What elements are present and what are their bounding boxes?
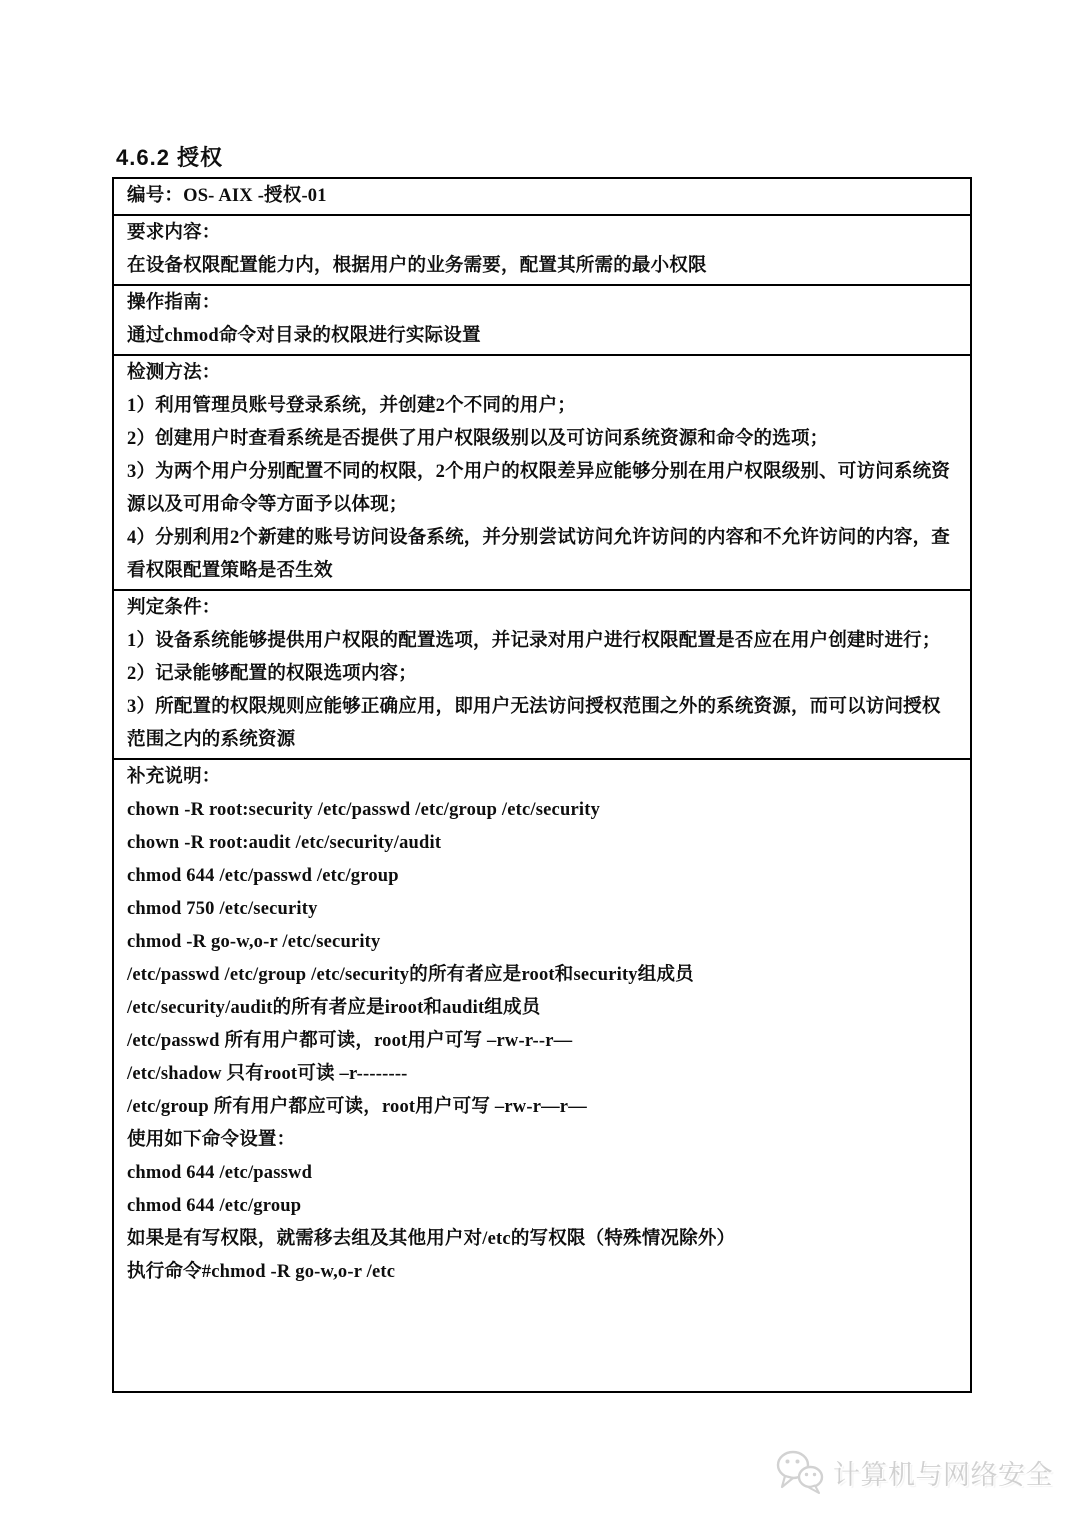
supplement-cmd-chmod-644-group: chmod 644 /etc/group bbox=[127, 1190, 956, 1223]
supplement-label: 补充说明： bbox=[127, 761, 956, 794]
row-operation-guide: 操作指南： 通过chmod命令对目录的权限进行实际设置 bbox=[114, 284, 970, 354]
supplement-note-remove-write: 如果是有写权限，就需移去组及其他用户对/etc的写权限（特殊情况除外） bbox=[127, 1223, 956, 1256]
operation-guide-label: 操作指南： bbox=[127, 287, 956, 320]
requirement-text: 在设备权限配置能力内，根据用户的业务需要，配置其所需的最小权限 bbox=[127, 250, 956, 283]
section-heading: 4.6.2 授权 bbox=[116, 141, 223, 172]
document-page: 4.6.2 授权 编号：OS- AIX -授权-01 要求内容： 在设备权限配置… bbox=[0, 0, 1080, 1526]
test-method-item-1: 1）利用管理员账号登录系统，并创建2个不同的用户； bbox=[127, 390, 956, 423]
test-method-item-2: 2）创建用户时查看系统是否提供了用户权限级别以及可访问系统资源和命令的选项； bbox=[127, 423, 956, 456]
supplement-cmd-chmod-644-passwd-group: chmod 644 /etc/passwd /etc/group bbox=[127, 860, 956, 893]
row-test-method: 检测方法： 1）利用管理员账号登录系统，并创建2个不同的用户； 2）创建用户时查… bbox=[114, 354, 970, 589]
supplement-note-group-perms: /etc/group 所有用户都应可读，root用户可写 –rw-r—r— bbox=[127, 1091, 956, 1124]
wechat-icon bbox=[776, 1450, 824, 1494]
test-method-item-4: 4）分别利用2个新建的账号访问设备系统，并分别尝试访问允许访问的内容和不允许访问… bbox=[127, 522, 956, 588]
spec-table: 编号：OS- AIX -授权-01 要求内容： 在设备权限配置能力内，根据用户的… bbox=[112, 177, 972, 1393]
supplement-cmd-chmod-750-security: chmod 750 /etc/security bbox=[127, 893, 956, 926]
requirement-label: 要求内容： bbox=[127, 217, 956, 250]
supplement-cmd-chmod-gow-security: chmod -R go-w,o-r /etc/security bbox=[127, 926, 956, 959]
judgement-label: 判定条件： bbox=[127, 592, 956, 625]
row-judgement-criteria: 判定条件： 1）设备系统能够提供用户权限的配置选项，并记录对用户进行权限配置是否… bbox=[114, 589, 970, 758]
test-method-label: 检测方法： bbox=[127, 357, 956, 390]
supplement-cmd-exec: 执行命令#chmod -R go-w,o-r /etc bbox=[127, 1256, 956, 1289]
supplement-note-owner-audit: /etc/security/audit的所有者应是iroot和audit组成员 bbox=[127, 992, 956, 1025]
doc-number: 编号：OS- AIX -授权-01 bbox=[127, 180, 956, 213]
judgement-item-3: 3）所配置的权限规则应能够正确应用，即用户无法访问授权范围之外的系统资源，而可以… bbox=[127, 691, 956, 757]
row-requirement: 要求内容： 在设备权限配置能力内，根据用户的业务需要，配置其所需的最小权限 bbox=[114, 214, 970, 284]
supplement-note-shadow-perms: /etc/shadow 只有root可读 –r-------- bbox=[127, 1058, 956, 1091]
watermark-text: 计算机与网络安全 bbox=[833, 1453, 1053, 1492]
supplement-note-passwd-perms: /etc/passwd 所有用户都可读，root用户可写 –rw-r--r— bbox=[127, 1025, 956, 1058]
supplement-cmd-chown-security: chown -R root:security /etc/passwd /etc/… bbox=[127, 794, 956, 827]
test-method-item-3: 3）为两个用户分别配置不同的权限，2个用户的权限差异应能够分别在用户权限级别、可… bbox=[127, 456, 956, 522]
judgement-item-1: 1）设备系统能够提供用户权限的配置选项，并记录对用户进行权限配置是否应在用户创建… bbox=[127, 625, 956, 658]
supplement-cmd-chown-audit: chown -R root:audit /etc/security/audit bbox=[127, 827, 956, 860]
judgement-item-2: 2）记录能够配置的权限选项内容； bbox=[127, 658, 956, 691]
row-number: 编号：OS- AIX -授权-01 bbox=[114, 179, 970, 214]
supplement-setup-label: 使用如下命令设置： bbox=[127, 1124, 956, 1157]
operation-guide-text: 通过chmod命令对目录的权限进行实际设置 bbox=[127, 320, 956, 353]
row-supplementary-notes: 补充说明： chown -R root:security /etc/passwd… bbox=[114, 758, 970, 1391]
supplement-cmd-chmod-644-passwd: chmod 644 /etc/passwd bbox=[127, 1157, 956, 1190]
supplement-note-owner-security: /etc/passwd /etc/group /etc/security的所有者… bbox=[127, 959, 956, 992]
watermark: 计算机与网络安全 bbox=[776, 1450, 1053, 1494]
